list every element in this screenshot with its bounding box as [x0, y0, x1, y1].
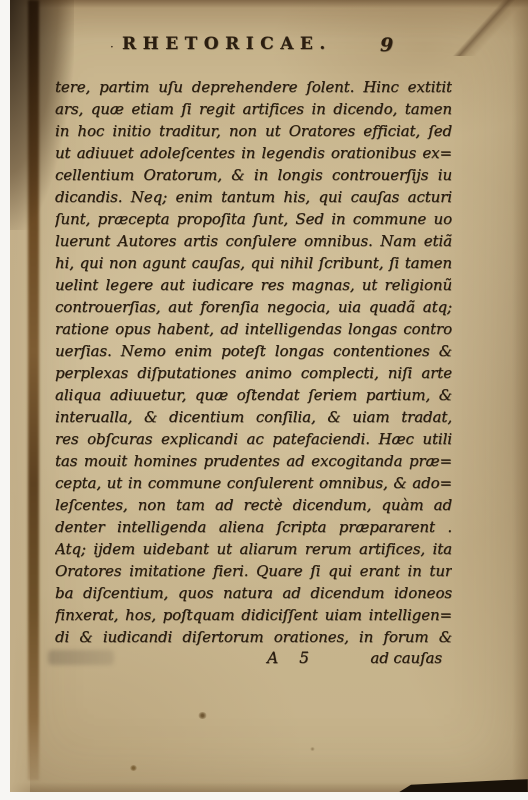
text-line: ba diſcentium, quos natura ad dicendum i…	[55, 582, 452, 604]
text-line: hi, qui non agunt cauſas, qui nihil ſcri…	[55, 252, 452, 274]
page-right-edge-shadow	[512, 0, 528, 792]
text-line: uelint legere aut iudicare res magnas, u…	[55, 274, 452, 296]
text-line: ars, quæ etiam ſi regit artifices in dic…	[55, 98, 452, 120]
stain	[310, 747, 315, 751]
page-number: 9	[380, 34, 393, 56]
text-line: tere, partim uſu deprehendere ſolent. Hi…	[55, 76, 452, 98]
header-ornament-dot: ·	[110, 40, 114, 54]
ink-bleedthrough-smudge	[48, 650, 114, 665]
text-line: Atq; ijdem uidebant ut aliarum rerum art…	[55, 538, 452, 560]
text-line: di & iudicandi diſertorum orationes, in …	[55, 626, 452, 648]
gathering-signature: A 5	[267, 649, 317, 667]
text-line: dicandis. Neq; enim tantum his, qui cauſ…	[55, 186, 452, 208]
text-line: perplexas diſputationes animo complecti,…	[55, 362, 452, 384]
stain	[130, 765, 137, 771]
text-line: ratione opus habent, ad intelligendas lo…	[55, 318, 452, 340]
text-line: res obſcuras explicandi ac patefaciendi.…	[55, 428, 452, 450]
body-text-block: tere, partim uſu deprehendere ſolent. Hi…	[55, 76, 452, 673]
text-line: aliqua adiuuetur, quæ oſtendat ſeriem pa…	[55, 384, 452, 406]
text-line: in hoc initio traditur, non ut Oratores …	[55, 120, 452, 142]
text-line: cellentium Oratorum, & in longis controu…	[55, 164, 452, 186]
text-line: denter intelligenda aliena ſcripta præpa…	[55, 516, 452, 538]
text-line: Oratores imitatione fieri. Quare ſi qui …	[55, 560, 452, 582]
text-line: leſcentes, non tam ad rectè dicendum, qu…	[55, 494, 452, 516]
text-line: finxerat, hos, poſtquam didiciſſent uiam…	[55, 604, 452, 626]
running-header: · RHETORICAE. 9	[10, 34, 528, 60]
text-line: interualla, & dicentium conſilia, & uiam…	[55, 406, 452, 428]
dark-corner-shadow	[398, 779, 528, 792]
text-line: uerſias. Nemo enim poteſt longas content…	[55, 340, 452, 362]
book-page-photo: · RHETORICAE. 9 tere, partim uſu deprehe…	[10, 0, 528, 792]
text-line: cepta, ut in commune conſulerent omnibus…	[55, 472, 452, 494]
text-line: ſunt, præcepta propoſita ſunt, Sed in co…	[55, 208, 452, 230]
text-line: tas mouit homines prudentes ad excogitan…	[55, 450, 452, 472]
running-title: RHETORICAE.	[122, 34, 332, 54]
text-line: ut adiuuet adoleſcentes in legendis orat…	[55, 142, 452, 164]
text-line: controuerſias, aut forenſia negocia, uia…	[55, 296, 452, 318]
stain	[198, 712, 207, 719]
signature-row: A 5 ad cauſas	[55, 649, 452, 673]
text-line: luerunt Autores artis conſulere omnibus.…	[55, 230, 452, 252]
catchword: ad cauſas	[370, 649, 442, 667]
